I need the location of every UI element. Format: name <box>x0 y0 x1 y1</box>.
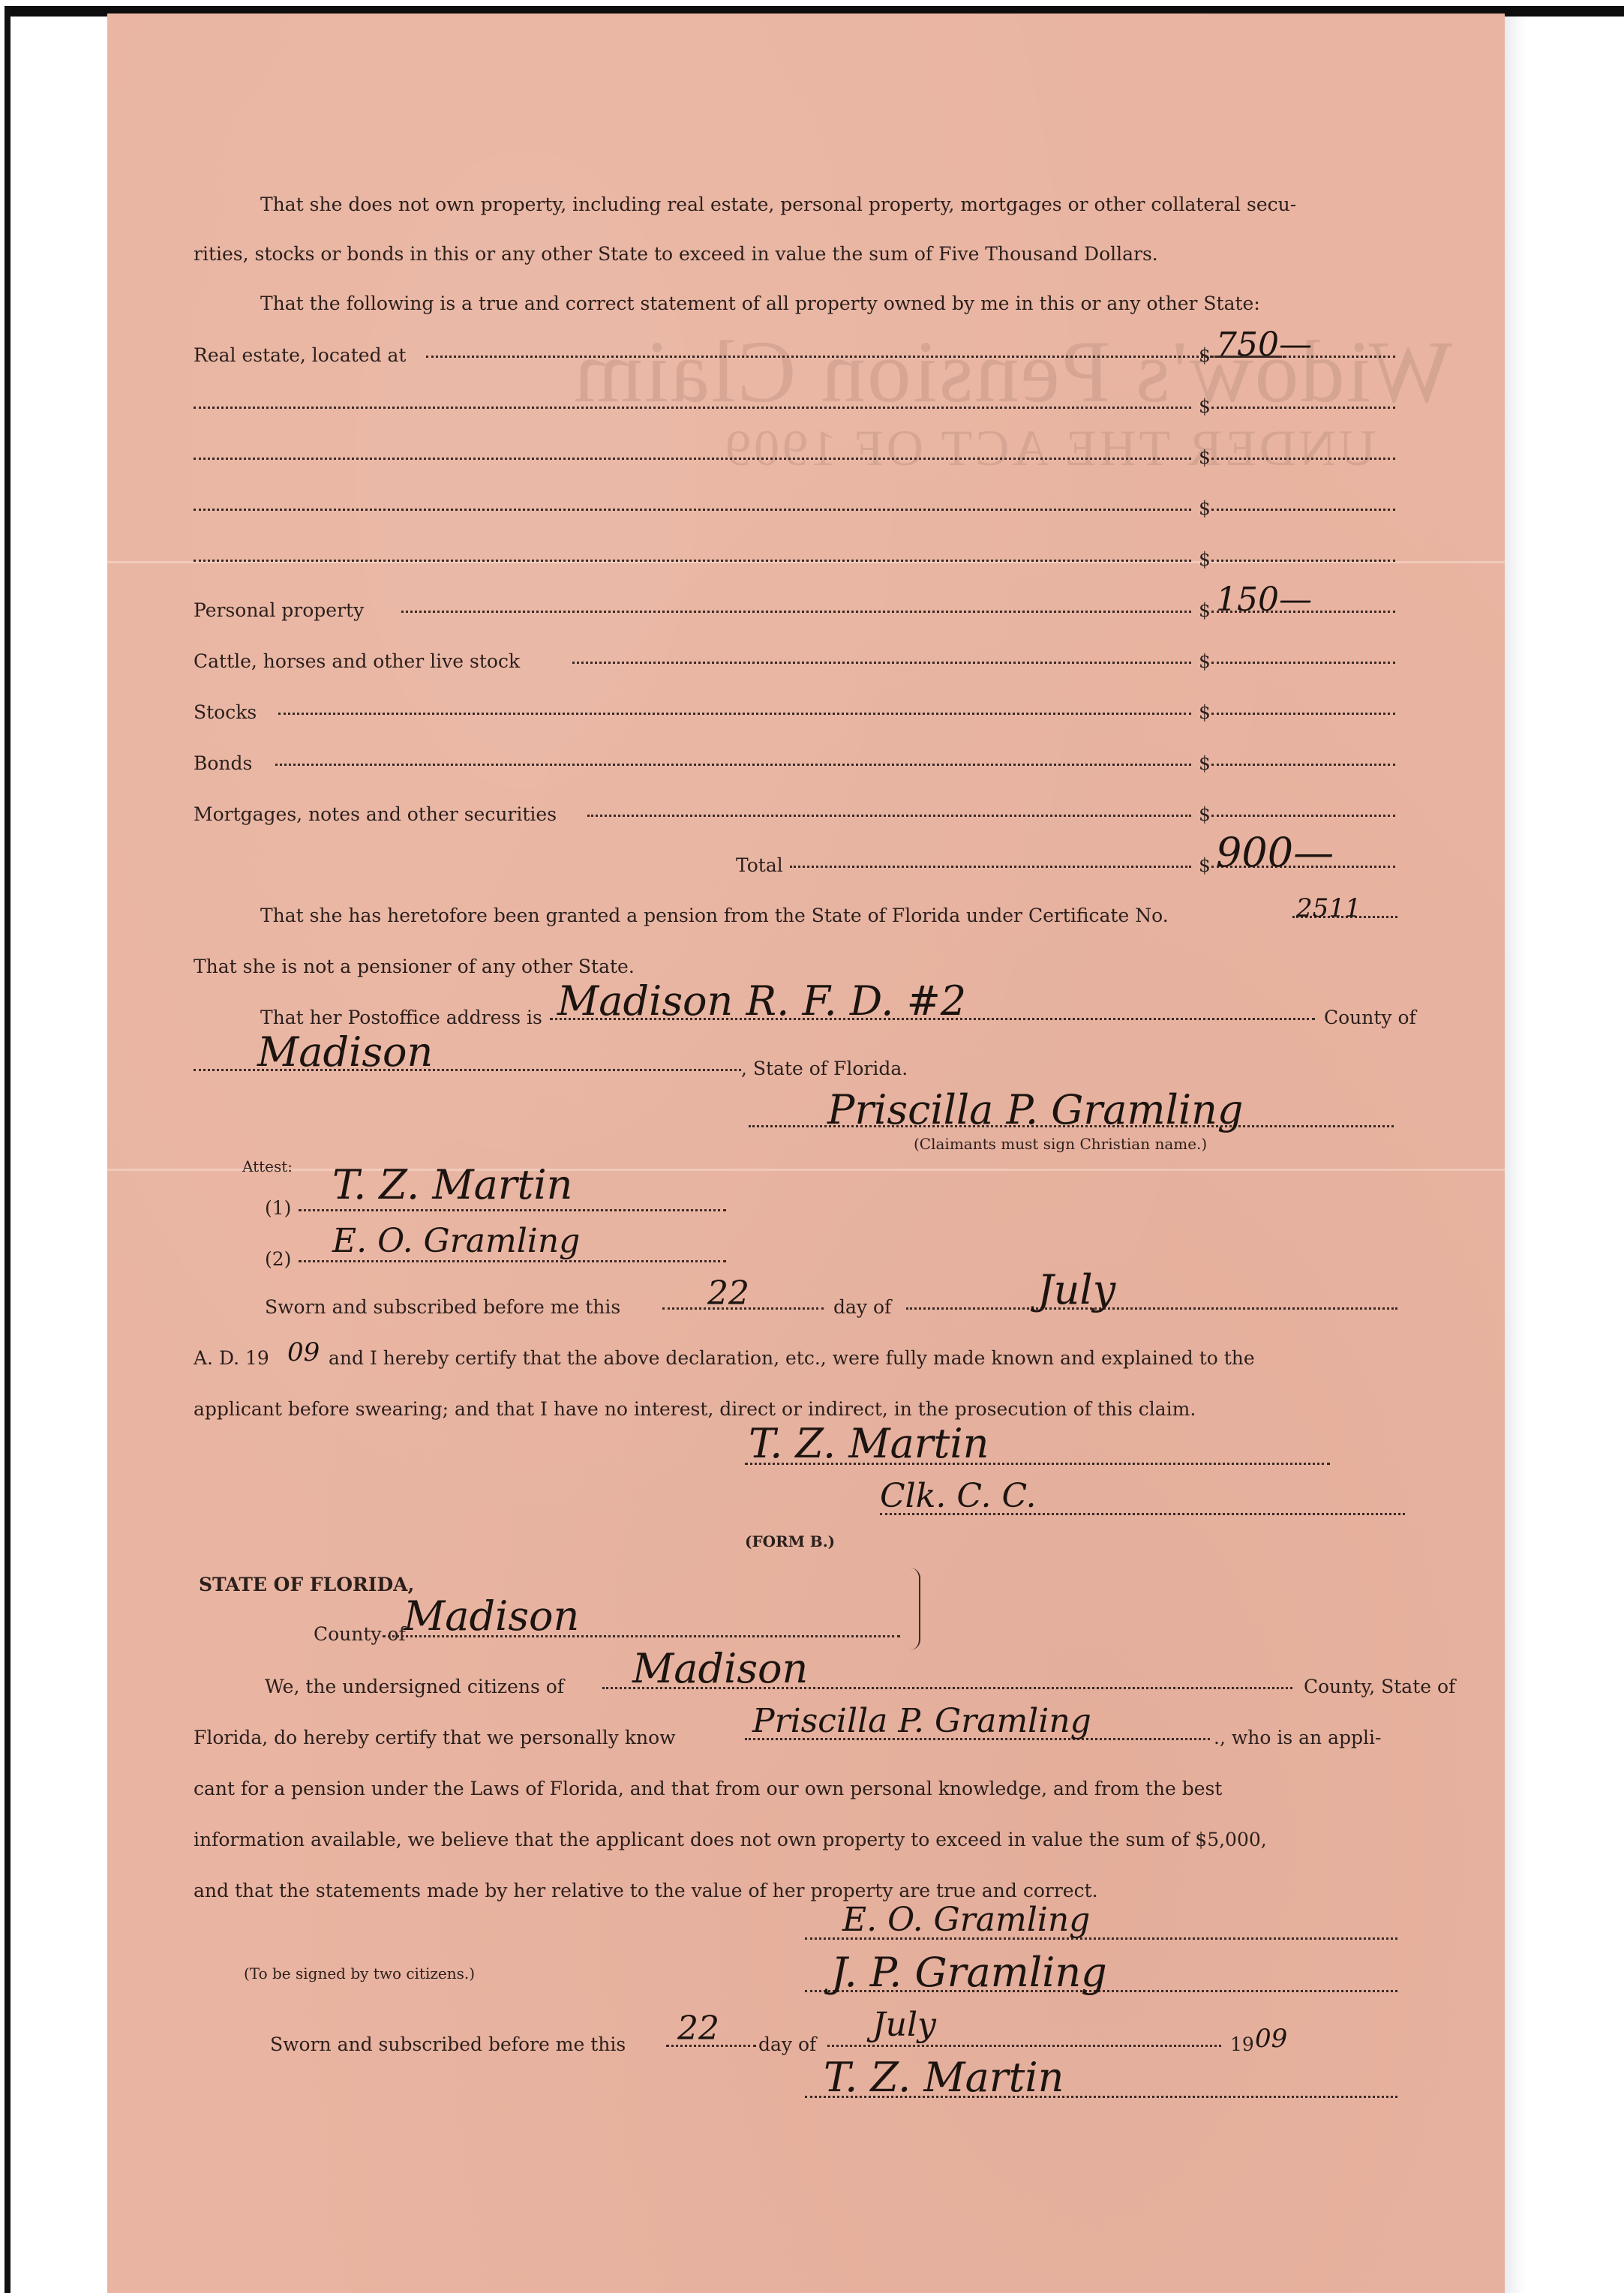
form-b-month[interactable]: July <box>872 2009 936 2042</box>
value-line[interactable] <box>1211 557 1395 562</box>
value-line[interactable] <box>1211 659 1395 664</box>
currency-sign: $ <box>1199 703 1211 722</box>
applicant-name[interactable]: Priscilla P. Gramling <box>752 1705 1091 1738</box>
form-b-line-3: cant for a pension under the Laws of Flo… <box>194 1779 1222 1798</box>
leader-dots <box>194 506 1191 511</box>
leader-dots <box>194 557 1191 562</box>
certify-text-2: applicant before swearing; and that I ha… <box>194 1400 1196 1418</box>
intro-line-3: That the following is a true and correct… <box>260 294 1260 313</box>
property-label: Personal property <box>194 601 364 620</box>
witness-number: (1) <box>265 1199 291 1217</box>
property-label: Mortgages, notes and other securities <box>194 805 557 824</box>
property-label: Real estate, located at <box>194 346 406 365</box>
currency-sign: $ <box>1199 805 1211 824</box>
postoffice-label: That her Postoffice address is <box>260 1008 542 1027</box>
form-b-county-value[interactable]: Madison <box>404 1596 579 1637</box>
form-b-day-of-label: day of <box>758 2035 816 2054</box>
currency-sign: $ <box>1199 448 1211 467</box>
currency-sign: $ <box>1199 652 1211 671</box>
form-b-year[interactable]: 09 <box>1255 2026 1287 2051</box>
currency-sign: $ <box>1199 397 1211 416</box>
fold-crease <box>107 1169 1505 1171</box>
not-pensioner-text: That she is not a pensioner of any other… <box>194 957 635 976</box>
currency-sign: $ <box>1199 499 1211 518</box>
certificate-number[interactable]: 2511 <box>1296 896 1361 921</box>
leader-dots <box>572 659 1191 664</box>
currency-sign: $ <box>1199 601 1211 620</box>
property-value[interactable]: 750— <box>1216 329 1312 362</box>
form-b-line-2-suffix: ., who is an appli- <box>1214 1728 1381 1747</box>
property-label: Cattle, horses and other live stock <box>194 652 520 671</box>
bracket <box>908 1568 920 1650</box>
state-label: , State of Florida. <box>741 1059 908 1078</box>
county-of-label: County of <box>1324 1008 1416 1027</box>
citizen-signature[interactable]: E. O. Gramling <box>842 1904 1090 1937</box>
certificate-text: That she has heretofore been granted a p… <box>260 906 1169 925</box>
property-value[interactable]: 150— <box>1216 584 1312 617</box>
form-b-line-2: Florida, do hereby certify that we perso… <box>194 1728 676 1747</box>
ad-year[interactable]: 09 <box>287 1340 320 1365</box>
state-heading: STATE OF FLORIDA, <box>199 1575 414 1594</box>
leader-dots <box>194 404 1191 409</box>
postoffice-value[interactable]: Madison R. F. D. #2 <box>557 981 966 1022</box>
ad-prefix: A. D. 19 <box>194 1349 269 1367</box>
officer-signature[interactable]: T. Z. Martin <box>749 1424 989 1464</box>
leader-dots <box>275 761 1191 766</box>
currency-sign: $ <box>1199 550 1211 569</box>
currency-sign: $ <box>1199 346 1211 365</box>
month-line[interactable] <box>906 1304 1397 1310</box>
value-line[interactable] <box>1211 404 1395 409</box>
officer-title[interactable]: Clk. C. C. <box>880 1480 1037 1513</box>
county-value[interactable]: Madison <box>257 1032 433 1073</box>
pension-claim-page: Widow's Pension Claim UNDER THE ACT OF 1… <box>107 14 1505 2293</box>
value-line[interactable] <box>1211 455 1395 460</box>
day-of-label: day of <box>833 1298 891 1316</box>
form-b-officer-signature[interactable]: T. Z. Martin <box>824 2057 1064 2098</box>
attest-label: Attest: <box>242 1159 293 1174</box>
certify-text: and I hereby certify that the above decl… <box>329 1349 1255 1367</box>
leader-dots <box>194 455 1191 460</box>
citizen-signature[interactable]: J. P. Gramling <box>831 1952 1107 1993</box>
value-line[interactable] <box>1211 710 1395 715</box>
sworn-label: Sworn and subscribed before me this <box>265 1298 620 1316</box>
currency-sign: $ <box>1199 856 1211 875</box>
form-b-line-4: information available, we believe that t… <box>194 1830 1267 1849</box>
citizens-suffix: County, State of <box>1304 1677 1455 1696</box>
property-label: Stocks <box>194 703 257 722</box>
witness-number: (2) <box>265 1250 291 1268</box>
value-line[interactable] <box>1211 761 1395 766</box>
form-b-day[interactable]: 22 <box>677 2012 719 2045</box>
citizens-county[interactable]: Madison <box>632 1649 808 1689</box>
witness-signature[interactable]: T. Z. Martin <box>332 1165 572 1205</box>
sworn-day[interactable]: 22 <box>707 1277 749 1310</box>
value-line[interactable] <box>1211 506 1395 511</box>
leader-dots <box>401 608 1191 613</box>
sign-note: (To be signed by two citizens.) <box>244 1966 475 1981</box>
value-line[interactable] <box>1211 812 1395 817</box>
scanner-frame-left <box>5 6 11 2293</box>
intro-line-1: That she does not own property, includin… <box>260 195 1296 214</box>
property-label: Bonds <box>194 754 252 773</box>
claimant-signature[interactable]: Priscilla P. Gramling <box>827 1090 1244 1130</box>
witness-signature[interactable]: E. O. Gramling <box>332 1225 580 1258</box>
show-through-subtitle: UNDER THE ACT OF 1909 <box>722 419 1376 478</box>
leader-dots <box>426 353 1285 358</box>
currency-sign: $ <box>1199 754 1211 773</box>
claimant-note: (Claimants must sign Christian name.) <box>914 1136 1207 1151</box>
leader-dots <box>790 863 1191 868</box>
plastic-sleeve-edge <box>1505 17 1527 2293</box>
form-b-sworn-label: Sworn and subscribed before me this <box>270 2035 626 2054</box>
sworn-month[interactable]: July <box>1037 1270 1115 1310</box>
intro-line-2: rities, stocks or bonds in this or any o… <box>194 245 1158 263</box>
total-value[interactable]: 900— <box>1216 833 1334 873</box>
leader-dots <box>587 812 1191 817</box>
form-b-year-prefix: 19 <box>1230 2035 1254 2054</box>
form-b-heading: (FORM B.) <box>745 1534 835 1549</box>
form-b-line-5: and that the statements made by her rela… <box>194 1881 1098 1900</box>
total-label: Total <box>736 856 783 875</box>
citizens-label: We, the undersigned citizens of <box>265 1677 564 1696</box>
leader-dots <box>278 710 1191 715</box>
